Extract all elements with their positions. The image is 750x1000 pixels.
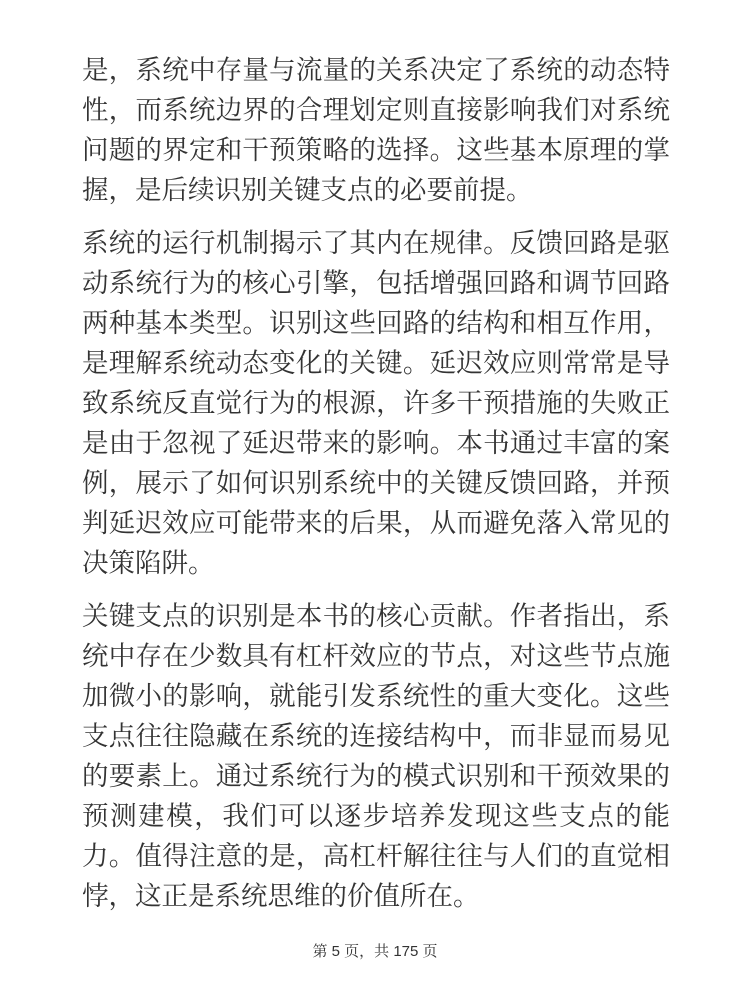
page-number-indicator: 第 5 页，共 175 页 [0, 941, 750, 963]
body-paragraph-1: 是，系统中存量与流量的关系决定了系统的动态特性，而系统边界的合理划定则直接影响我… [82, 50, 670, 210]
document-body: 是，系统中存量与流量的关系决定了系统的动态特性，而系统边界的合理划定则直接影响我… [82, 50, 670, 929]
body-paragraph-3: 关键支点的识别是本书的核心贡献。作者指出，系统中存在少数具有杠杆效应的节点，对这… [82, 596, 670, 916]
document-page: 是，系统中存量与流量的关系决定了系统的动态特性，而系统边界的合理划定则直接影响我… [0, 0, 750, 1000]
body-paragraph-2: 系统的运行机制揭示了其内在规律。反馈回路是驱动系统行为的核心引擎，包括增强回路和… [82, 223, 670, 583]
